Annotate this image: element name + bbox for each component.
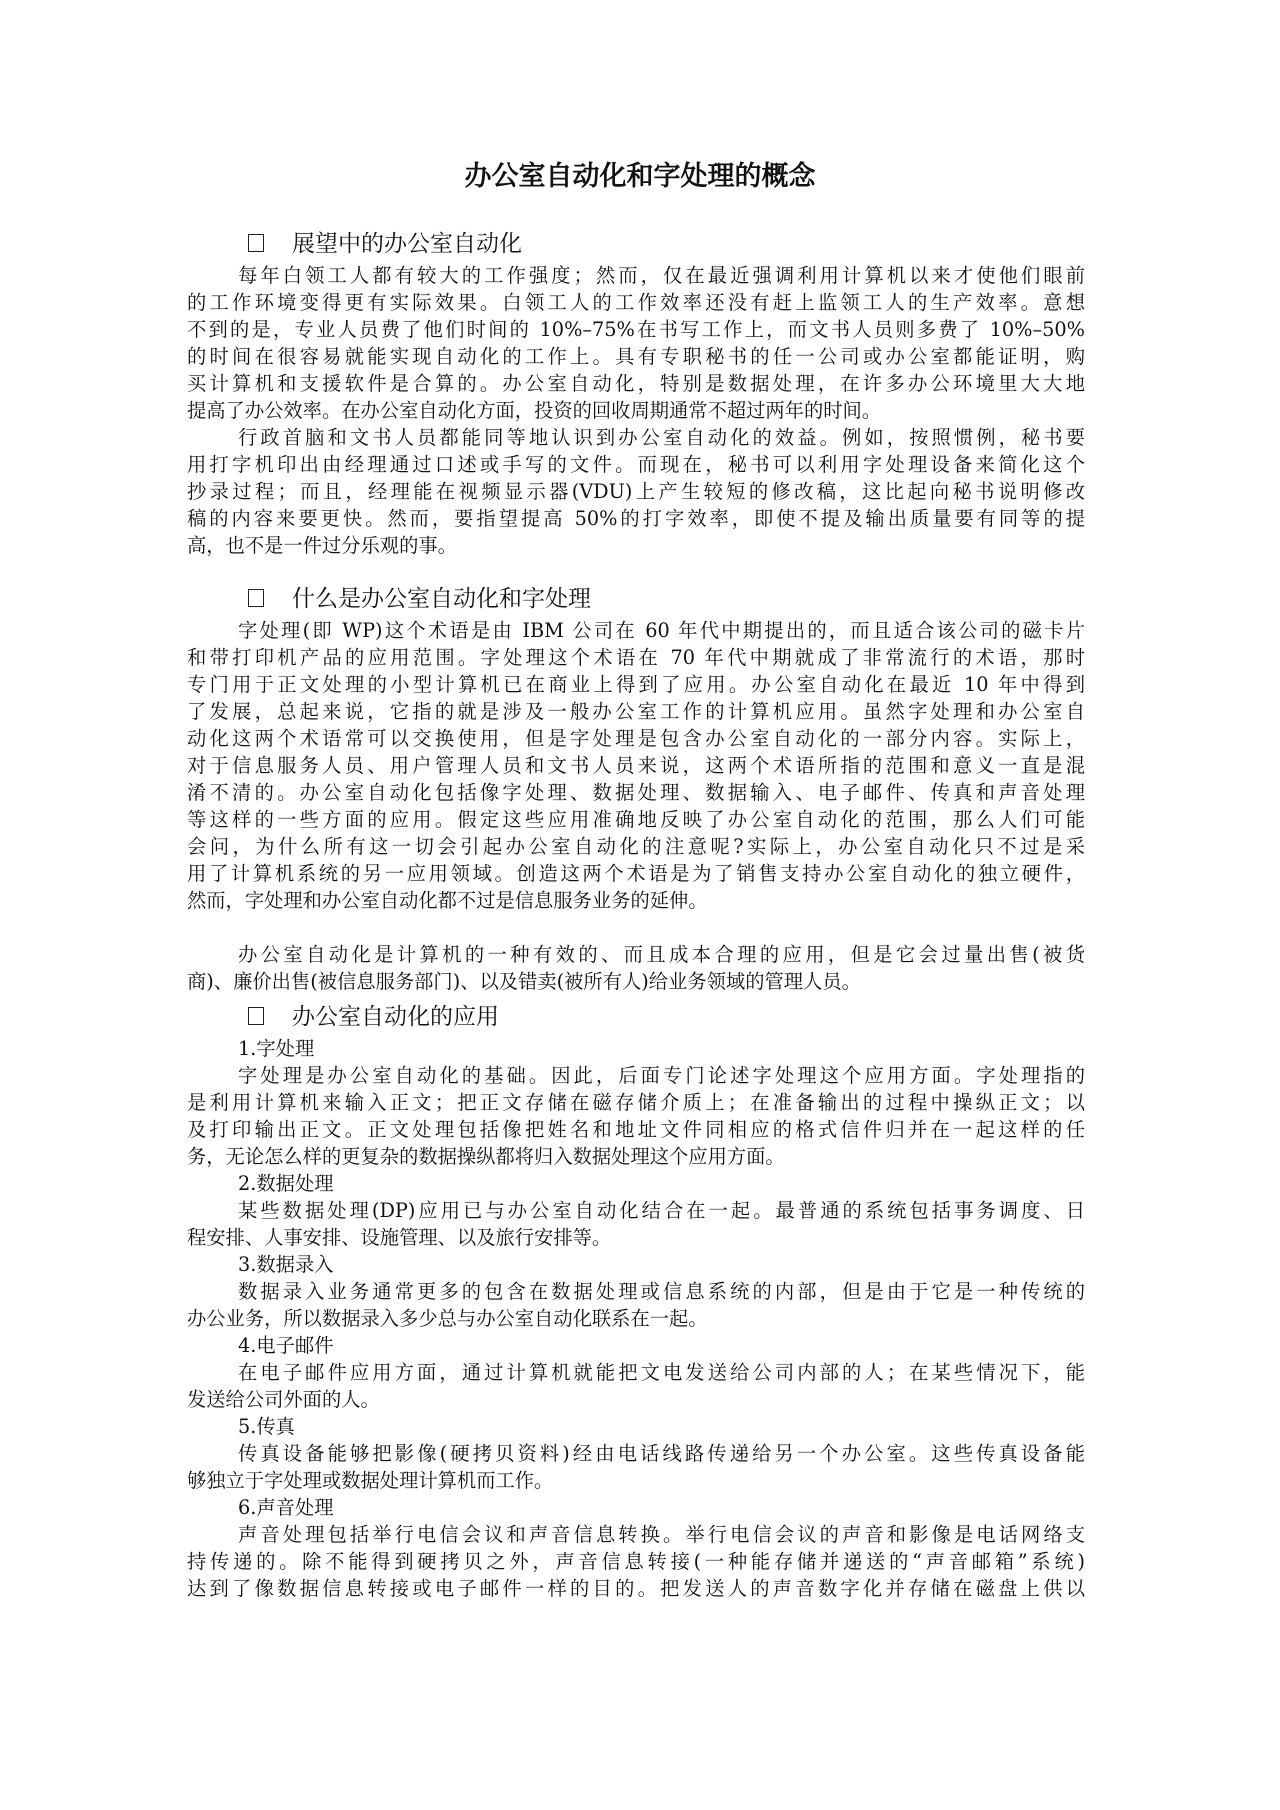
subsection-label: 6.声音处理 — [238, 1494, 334, 1521]
section-heading: 什么是办公室自动化和字处理 — [248, 584, 591, 614]
section-heading: 展望中的办公室自动化 — [248, 229, 522, 259]
subsection-label: 1.字处理 — [238, 1035, 314, 1062]
paragraph-line: 字处理(即 WP)这个术语是由 IBM 公司在 60 年代中期提出的，而且适合该… — [238, 617, 1085, 644]
paragraph-line: 的工作环境变得更有实际效果。白领工人的工作效率还没有赶上监领工人的生产效率。意想 — [187, 289, 1085, 316]
paragraph-line: 每年白领工人都有较大的工作强度；然而，仅在最近强调利用计算机以来才使他们眼前 — [238, 262, 1085, 289]
checkbox-bullet-icon — [248, 589, 264, 607]
section-heading-text: 什么是办公室自动化和字处理 — [292, 586, 591, 612]
paragraph-line: 办公室自动化是计算机的一种有效的、而且成本合理的应用，但是它会过量出售(被货 — [238, 941, 1085, 968]
paragraph-line: 字处理是办公室自动化的基础。因此，后面专门论述字处理这个应用方面。字处理指的 — [238, 1062, 1085, 1089]
checkbox-bullet-icon — [248, 234, 264, 252]
paragraph-line: 对于信息服务人员、用户管理人员和文书人员来说，这两个术语所指的范围和意义一直是混 — [187, 752, 1085, 779]
paragraph-line: 淆不清的。办公室自动化包括像字处理、数据处理、数据输入、电子邮件、传真和声音处理 — [187, 779, 1085, 806]
paragraph-line: 程安排、人事安排、设施管理、以及旅行安排等。 — [187, 1224, 1085, 1251]
paragraph-line: 提高了办公效率。在办公室自动化方面，投资的回收周期通常不超过两年的时间。 — [187, 397, 1085, 424]
section-heading-text: 办公室自动化的应用 — [292, 1004, 499, 1030]
paragraph-line: 用打字机印出由经理通过口述或手写的文件。而现在，秘书可以利用字处理设备来简化这个 — [187, 451, 1085, 478]
paragraph-line: 等这样的一些方面的应用。假定这些应用准确地反映了办公室自动化的范围，那么人们可能 — [187, 806, 1085, 833]
paragraph-line: 持传递的。除不能得到硬拷贝之外，声音信息转接(一种能存储并递送的“声音邮箱”系统… — [187, 1548, 1085, 1575]
subsection-label: 5.传真 — [238, 1413, 295, 1440]
paragraph-line: 的时间在很容易就能实现自动化的工作上。具有专职秘书的任一公司或办公室都能证明，购 — [187, 343, 1085, 370]
paragraph-line: 声音处理包括举行电信会议和声音信息转换。举行电信会议的声音和影像是电话网络支 — [238, 1521, 1085, 1548]
paragraph-line: 专门用于正文处理的小型计算机已在商业上得到了应用。办公室自动化在最近 10 年中… — [187, 671, 1085, 698]
paragraph-line: 达到了像数据信息转接或电子邮件一样的目的。把发送人的声音数字化并存储在磁盘上供以 — [187, 1575, 1085, 1602]
paragraph-line: 高，也不是一件过分乐观的事。 — [187, 532, 1085, 559]
paragraph-line: 某些数据处理(DP)应用已与办公室自动化结合在一起。最普通的系统包括事务调度、日 — [238, 1197, 1085, 1224]
paragraph-line: 和带打印机产品的应用范围。字处理这个术语在 70 年代中期就成了非常流行的术语，… — [187, 644, 1085, 671]
paragraph-line: 是利用计算机来输入正文；把正文存储在磁存储介质上；在准备输出的过程中操纵正文；以 — [187, 1089, 1085, 1116]
paragraph-line: 用了计算机系统的另一应用领域。创造这两个术语是为了销售支持办公室自动化的独立硬件… — [187, 860, 1085, 887]
subsection-label: 2.数据处理 — [238, 1170, 334, 1197]
section-heading-text: 展望中的办公室自动化 — [292, 231, 522, 257]
paragraph-line: 动化这两个术语常可以交换使用，但是字处理是包含办公室自动化的一部分内容。实际上， — [187, 725, 1085, 752]
paragraph-line: 办公业务，所以数据录入多少总与办公室自动化联系在一起。 — [187, 1305, 1085, 1332]
paragraph-line: 会问，为什么所有这一切会引起办公室自动化的注意呢?实际上，办公室自动化只不过是采 — [187, 833, 1085, 860]
paragraph-line: 不到的是，专业人员费了他们时间的 10%–75%在书写工作上，而文书人员则多费了… — [187, 316, 1085, 343]
document-title: 办公室自动化和字处理的概念 — [0, 157, 1280, 197]
paragraph-line: 及打印输出正文。正文处理包括像把姓名和地址文件同相应的格式信件归并在一起这样的任 — [187, 1116, 1085, 1143]
paragraph-line: 稿的内容来要更快。然而，要指望提高 50%的打字效率，即使不提及输出质量要有同等… — [187, 505, 1085, 532]
paragraph-line: 发送给公司外面的人。 — [187, 1386, 1085, 1413]
paragraph-line: 够独立于字处理或数据处理计算机而工作。 — [187, 1467, 1085, 1494]
paragraph-line: 传真设备能够把影像(硬拷贝资料)经由电话线路传递给另一个办公室。这些传真设备能 — [238, 1440, 1085, 1467]
section-heading: 办公室自动化的应用 — [248, 1002, 499, 1032]
paragraph-line: 在电子邮件应用方面，通过计算机就能把文电发送给公司内部的人；在某些情况下，能 — [238, 1359, 1085, 1386]
paragraph-line: 商)、廉价出售(被信息服务部门)、以及错卖(被所有人)给业务领域的管理人员。 — [187, 968, 1085, 995]
paragraph-line: 数据录入业务通常更多的包含在数据处理或信息系统的内部，但是由于它是一种传统的 — [238, 1278, 1085, 1305]
paragraph-line: 然而，字处理和办公室自动化都不过是信息服务业务的延伸。 — [187, 887, 1085, 914]
subsection-label: 4.电子邮件 — [238, 1332, 334, 1359]
paragraph-line: 行政首脑和文书人员都能同等地认识到办公室自动化的效益。例如，按照惯例，秘书要 — [238, 424, 1085, 451]
document-page: 办公室自动化和字处理的概念 展望中的办公室自动化每年白领工人都有较大的工作强度；… — [0, 0, 1280, 1810]
paragraph-line: 抄录过程；而且，经理能在视频显示器(VDU)上产生较短的修改稿，这比起向秘书说明… — [187, 478, 1085, 505]
paragraph-line: 买计算机和支援软件是合算的。办公室自动化，特别是数据处理，在许多办公环境里大大地 — [187, 370, 1085, 397]
subsection-label: 3.数据录入 — [238, 1251, 334, 1278]
paragraph-line: 了发展，总起来说，它指的就是涉及一般办公室工作的计算机应用。虽然字处理和办公室自 — [187, 698, 1085, 725]
checkbox-bullet-icon — [248, 1007, 264, 1025]
paragraph-line: 务，无论怎么样的更复杂的数据操纵都将归入数据处理这个应用方面。 — [187, 1143, 1085, 1170]
